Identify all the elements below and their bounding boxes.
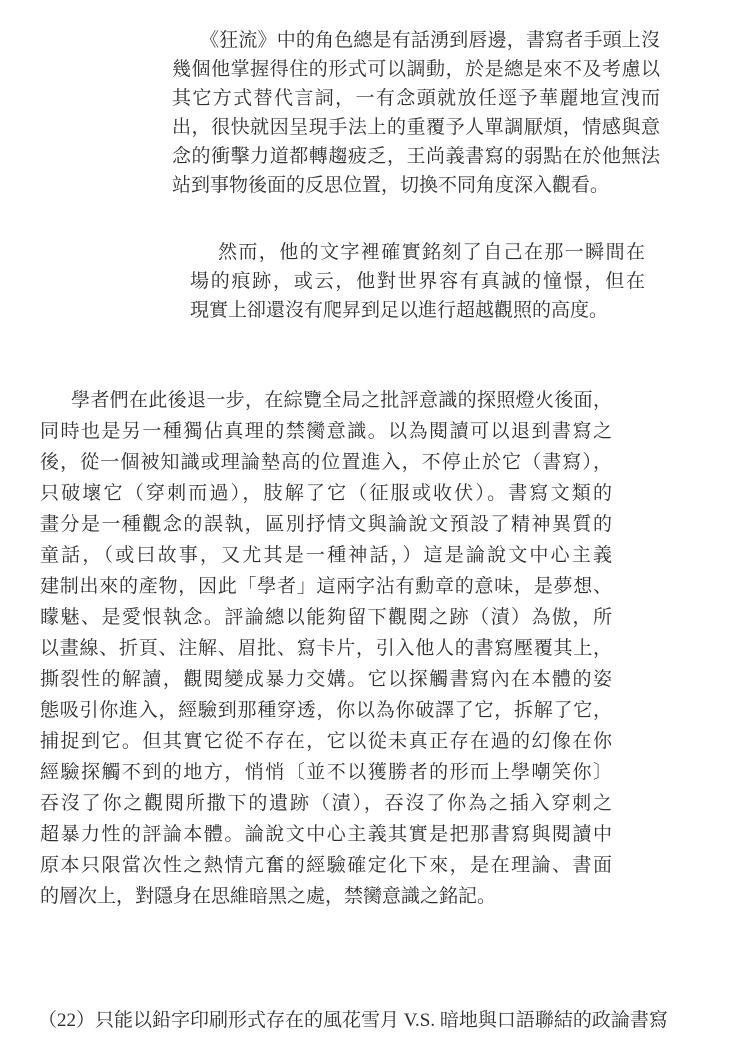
text-line: 態吸引你進入，經驗到那種穿透，你以為你破譯了它，拆解了它， bbox=[40, 695, 612, 726]
text-line: 撕裂性的解讀，觀閱變成暴力交媾。它以探觸書寫內在本體的姿 bbox=[40, 664, 612, 695]
footnote-number: （22） bbox=[38, 1010, 95, 1031]
text-line: 童話，（或曰故事，又尤其是一種神話，）這是論說文中心主義 bbox=[40, 540, 612, 571]
text-line: 的層次上，對隱身在思維暗黑之處，禁臠意識之銘記。 bbox=[40, 881, 612, 912]
text-line: 念的衝擊力道都轉趨疲乏，王尚義書寫的弱點在於他無法 bbox=[172, 142, 660, 171]
text-line: 《狂流》中的角色總是有話湧到唇邊，書寫者手頭上沒 bbox=[172, 26, 660, 55]
text-line: 建制出來的產物，因此「學者」這兩字沾有勳章的意味，是夢想、 bbox=[40, 571, 612, 602]
footnote: （22）只能以鉛字印刷形式存在的風花雪月 V.S. 暗地與口語聯結的政論書寫 bbox=[38, 1006, 703, 1036]
text-line: 同時也是另一種獨佔真理的禁臠意識。以為閱讀可以退到書寫之 bbox=[40, 416, 612, 447]
text-line: 捕捉到它。但其實它從不存在，它以從未真正存在過的幻像在你 bbox=[40, 726, 612, 757]
text-line: 幾個他掌握得住的形式可以調動，於是總是來不及考慮以 bbox=[172, 55, 660, 84]
footnote-text: 只能以鉛字印刷形式存在的風花雪月 V.S. 暗地與口語聯結的政論書寫 bbox=[95, 1010, 668, 1031]
text-line: 畫分是一種觀念的誤執，區別抒情文與論說文預設了精神異質的 bbox=[40, 509, 612, 540]
document-page: 《狂流》中的角色總是有話湧到唇邊，書寫者手頭上沒 幾個他掌握得住的形式可以調動，… bbox=[0, 0, 740, 1058]
text-line: 原本只限當次性之熱情亢奮的經驗確定化下來，是在理論、書面 bbox=[40, 850, 612, 881]
quote-block-1: 《狂流》中的角色總是有話湧到唇邊，書寫者手頭上沒 幾個他掌握得住的形式可以調動，… bbox=[172, 26, 660, 200]
text-line: 超暴力性的評論本體。論說文中心主義其實是把那書寫與閱讀中 bbox=[40, 819, 612, 850]
quote-block-2: 然而，他的文字裡確實銘刻了自己在那一瞬間在 場的痕跡，或云，他對世界容有真誠的憧… bbox=[190, 238, 645, 325]
text-line: 出，很快就因呈現手法上的重覆予人單調厭煩，情感與意 bbox=[172, 113, 660, 142]
body-paragraph: 學者們在此後退一步，在綜覽全局之批評意識的探照燈火後面， 同時也是另一種獨佔真理… bbox=[40, 385, 612, 912]
text-line: 站到事物後面的反思位置，切換不同角度深入觀看。 bbox=[172, 171, 660, 200]
text-line: 吞沒了你之觀閱所撒下的遺跡（漬），吞沒了你為之插入穿刺之 bbox=[40, 788, 612, 819]
text-line: 場的痕跡，或云，他對世界容有真誠的憧憬，但在 bbox=[190, 267, 645, 296]
text-line: 只破壞它（穿刺而過），肢解了它（征服或收伏）。書寫文類的 bbox=[40, 478, 612, 509]
text-line: 後，從一個被知識或理論墊高的位置進入，不停止於它（書寫）， bbox=[40, 447, 612, 478]
text-line: 學者們在此後退一步，在綜覽全局之批評意識的探照燈火後面， bbox=[40, 385, 612, 416]
text-line: 以畫線、折頁、注解、眉批、寫卡片，引入他人的書寫壓覆其上， bbox=[40, 633, 612, 664]
text-line: 然而，他的文字裡確實銘刻了自己在那一瞬間在 bbox=[190, 238, 645, 267]
text-line: 現實上卻還沒有爬昇到足以進行超越觀照的高度。 bbox=[190, 296, 645, 325]
text-line: 其它方式替代言詞，一有念頭就放任逕予華麗地宣洩而 bbox=[172, 84, 660, 113]
text-line: 經驗探觸不到的地方，悄悄〔並不以獲勝者的形而上學嘲笑你〕 bbox=[40, 757, 612, 788]
text-line: 矇魅、是愛恨執念。評論總以能夠留下觀閱之跡（漬）為傲，所 bbox=[40, 602, 612, 633]
